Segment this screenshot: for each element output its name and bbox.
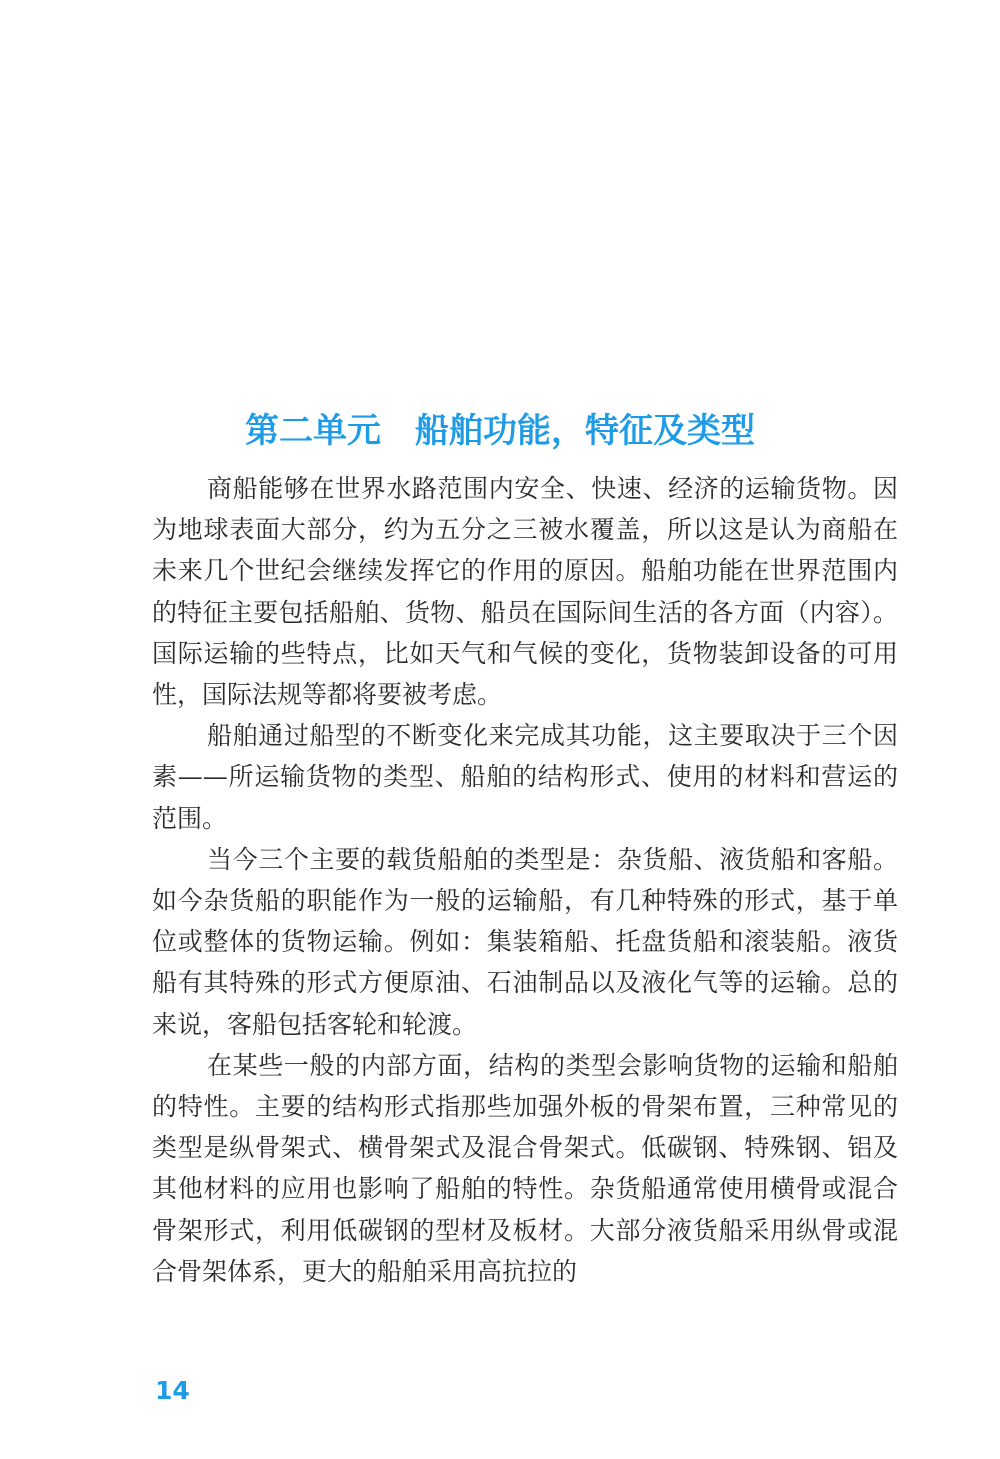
paragraph: 当今三个主要的载货船舶的类型是：杂货船、液货船和客船。如今杂货船的职能作为一般的…: [152, 839, 898, 1045]
document-page: 第二单元 船舶功能，特征及类型 商船能够在世界水路范围内安全、快速、经济的运输货…: [0, 0, 1000, 1459]
page-number: 14: [155, 1376, 190, 1405]
paragraph: 船舶通过船型的不断变化来完成其功能，这主要取决于三个因素——所运输货物的类型、船…: [152, 715, 898, 839]
chapter-title: 第二单元 船舶功能，特征及类型: [0, 406, 1000, 456]
paragraph: 商船能够在世界水路范围内安全、快速、经济的运输货物。因为地球表面大部分，约为五分…: [152, 468, 898, 715]
paragraph: 在某些一般的内部方面，结构的类型会影响货物的运输和船舶的特性。主要的结构形式指那…: [152, 1045, 898, 1292]
body-text: 商船能够在世界水路范围内安全、快速、经济的运输货物。因为地球表面大部分，约为五分…: [152, 468, 898, 1292]
